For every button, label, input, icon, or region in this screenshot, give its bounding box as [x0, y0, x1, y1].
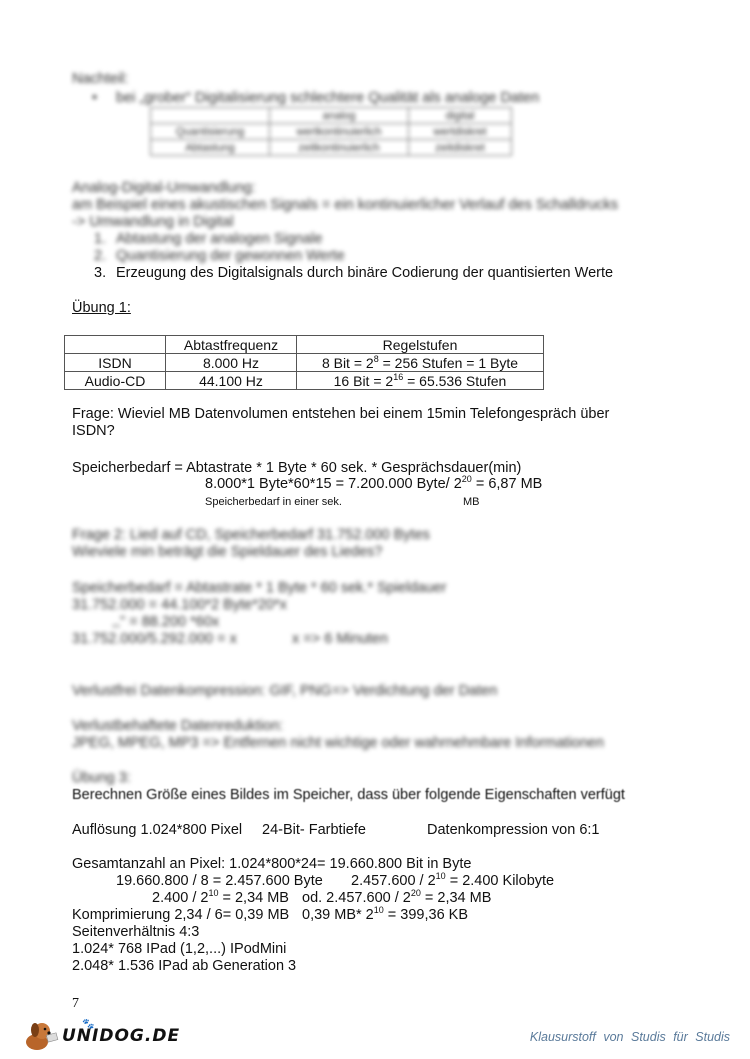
r2a: 2.400 / 210 = 2,34 MB [152, 890, 289, 907]
table-row: Audio-CD 44.100 Hz 16 Bit = 216 = 65.536… [65, 372, 544, 390]
note-right: MB [463, 494, 480, 511]
step-1: Abtastung der analogen Signale [116, 231, 322, 248]
table-cell: 8 Bit = 28 = 256 Stufen = 1 Byte [297, 354, 544, 372]
table-cell: 44.100 Hz [166, 372, 297, 390]
table-row: Quantisierung wertkontinuierlich wertdis… [151, 124, 512, 140]
table-cell: zeitkontinuierlich [270, 140, 409, 156]
footer-tagline: Klausurstoff von Studis für Studis [530, 1030, 730, 1044]
note-left: Speicherbedarf in einer sek. [205, 494, 342, 511]
table-row: Abtastung zeitkontinuierlich zeitdiskret [151, 140, 512, 156]
frage-line1: Frage: Wieviel MB Datenvolumen entstehen… [72, 406, 609, 423]
frage2-line6a: 31.752.000/5.292.000 = x [72, 631, 237, 648]
frage2-line1: Frage 2: Lied auf CD, Speicherbedarf 31.… [72, 527, 430, 544]
table-row: ISDN 8.000 Hz 8 Bit = 28 = 256 Stufen = … [65, 354, 544, 372]
uebung1-table: Abtastfrequenz Regelstufen ISDN 8.000 Hz… [64, 335, 544, 390]
step-2: Quantisierung der gewonnen Werte [116, 248, 345, 265]
seitenverhaeltnis: Seitenverhältnis 4:3 [72, 924, 199, 941]
table-header: Abtastfrequenz [166, 336, 297, 354]
verlustbehaftet-b: JPEG, MPEG, MP3 => Entfernen nicht wicht… [72, 735, 604, 752]
unidog-logo: UNIDOG.DE [22, 1020, 180, 1052]
farbtiefe: 24-Bit- Farbtiefe [262, 822, 366, 839]
r1a: 19.660.800 / 8 = 2.457.600 Byte [116, 873, 323, 890]
table-cell: ISDN [65, 354, 166, 372]
table-cell: 8.000 Hz [166, 354, 297, 372]
step-number: 1. [94, 231, 106, 248]
nachteil-bullet: bei „grober“ Digitalisierung schlechtere… [116, 90, 539, 107]
table-cell: Abtastung [151, 140, 270, 156]
table-header [65, 336, 166, 354]
datenkompression: Datenkompression von 6:1 [427, 822, 600, 839]
bullet-icon: • [92, 90, 97, 107]
r2b: od. 2.457.600 / 220 = 2,34 MB [302, 890, 491, 907]
table-header: analog [270, 108, 409, 124]
table-cell: wertdiskret [409, 124, 512, 140]
ipad1: 1.024* 768 IPad (1,2,...) IPodMini [72, 941, 286, 958]
r1b: 2.457.600 / 210 = 2.400 Kilobyte [351, 873, 554, 890]
r3b: 0,39 MB* 210 = 399,36 KB [302, 907, 468, 924]
formel: Speicherbedarf = Abtastrate * 1 Byte * 6… [72, 460, 521, 477]
ipad2: 2.048* 1.536 IPad ab Generation 3 [72, 958, 296, 975]
step-number: 3. [94, 265, 106, 282]
page-number: 7 [72, 996, 79, 1012]
verlustfrei-b: => Verdichtung der Daten [332, 683, 497, 700]
dog-icon [22, 1020, 60, 1052]
step-3: Erzeugung des Digitalsignals durch binär… [116, 265, 613, 282]
ad-line2: -> Umwandlung in Digital [72, 214, 234, 231]
logo-text: UNIDOG.DE [62, 1026, 180, 1046]
nachteil-heading: Nachteil: [72, 71, 128, 88]
uebung3-heading: Übung 3: [72, 770, 131, 787]
table-header: Regelstufen [297, 336, 544, 354]
rechnung: 8.000*1 Byte*60*15 = 7.200.000 Byte/ 220… [205, 476, 542, 493]
table-cell: zeitdiskret [409, 140, 512, 156]
table-cell: Audio-CD [65, 372, 166, 390]
ad-heading: Analog-Digital-Umwandlung: [72, 180, 256, 197]
uebung1-heading: Übung 1: [72, 300, 131, 317]
verlustfrei: Verlustfrei Datenkompression: GIF, PNG [72, 683, 332, 700]
verlustbehaftet: Verlustbehaftete Datenreduktion: [72, 718, 283, 735]
frage2-line4: 31.752.000 = 44.100*2 Byte*20*x [72, 597, 287, 614]
table-header: digital [409, 108, 512, 124]
nachteil-table: analog digital Quantisierung wertkontinu… [150, 107, 512, 156]
ad-line1: am Beispiel eines akustischen Signals = … [72, 197, 618, 214]
aufloesung: Auflösung 1.024*800 Pixel [72, 822, 242, 839]
frage2-line5: ,," = 88.200 *60x [112, 614, 219, 631]
table-header [151, 108, 270, 124]
table-cell: wertkontinuierlich [270, 124, 409, 140]
step-number: 2. [94, 248, 106, 265]
frage-line2: ISDN? [72, 423, 115, 440]
table-cell: 16 Bit = 216 = 65.536 Stufen [297, 372, 544, 390]
frage2-line3: Speicherbedarf = Abtastrate * 1 Byte * 6… [72, 580, 446, 597]
table-cell: Quantisierung [151, 124, 270, 140]
frage2-line6b: x => 6 Minuten [292, 631, 388, 648]
r3a: Komprimierung 2,34 / 6= 0,39 MB [72, 907, 289, 924]
uebung3-intro: Berechnen Größe eines Bildes im Speicher… [72, 787, 625, 804]
frage2-line2: Wieviele min beträgt die Spieldauer des … [72, 544, 382, 561]
gesamt: Gesamtanzahl an Pixel: 1.024*800*24= 19.… [72, 856, 471, 873]
